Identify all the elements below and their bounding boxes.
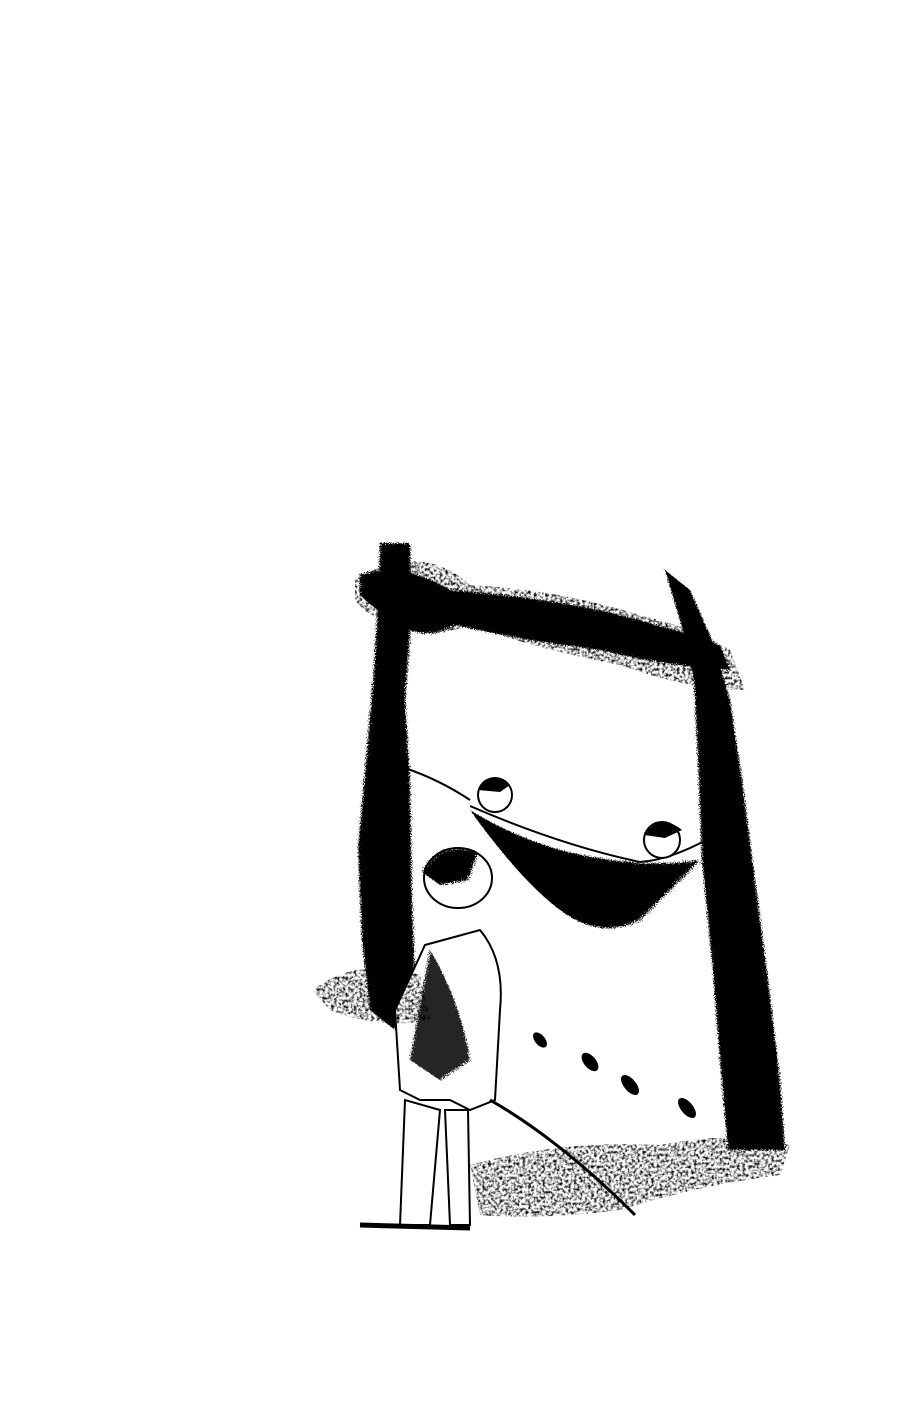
left-tree	[358, 543, 420, 1030]
illustration-page	[0, 0, 922, 1418]
footprints	[530, 1030, 699, 1121]
ink-illustration	[0, 0, 922, 1418]
child-in-hammock-left	[478, 778, 512, 812]
